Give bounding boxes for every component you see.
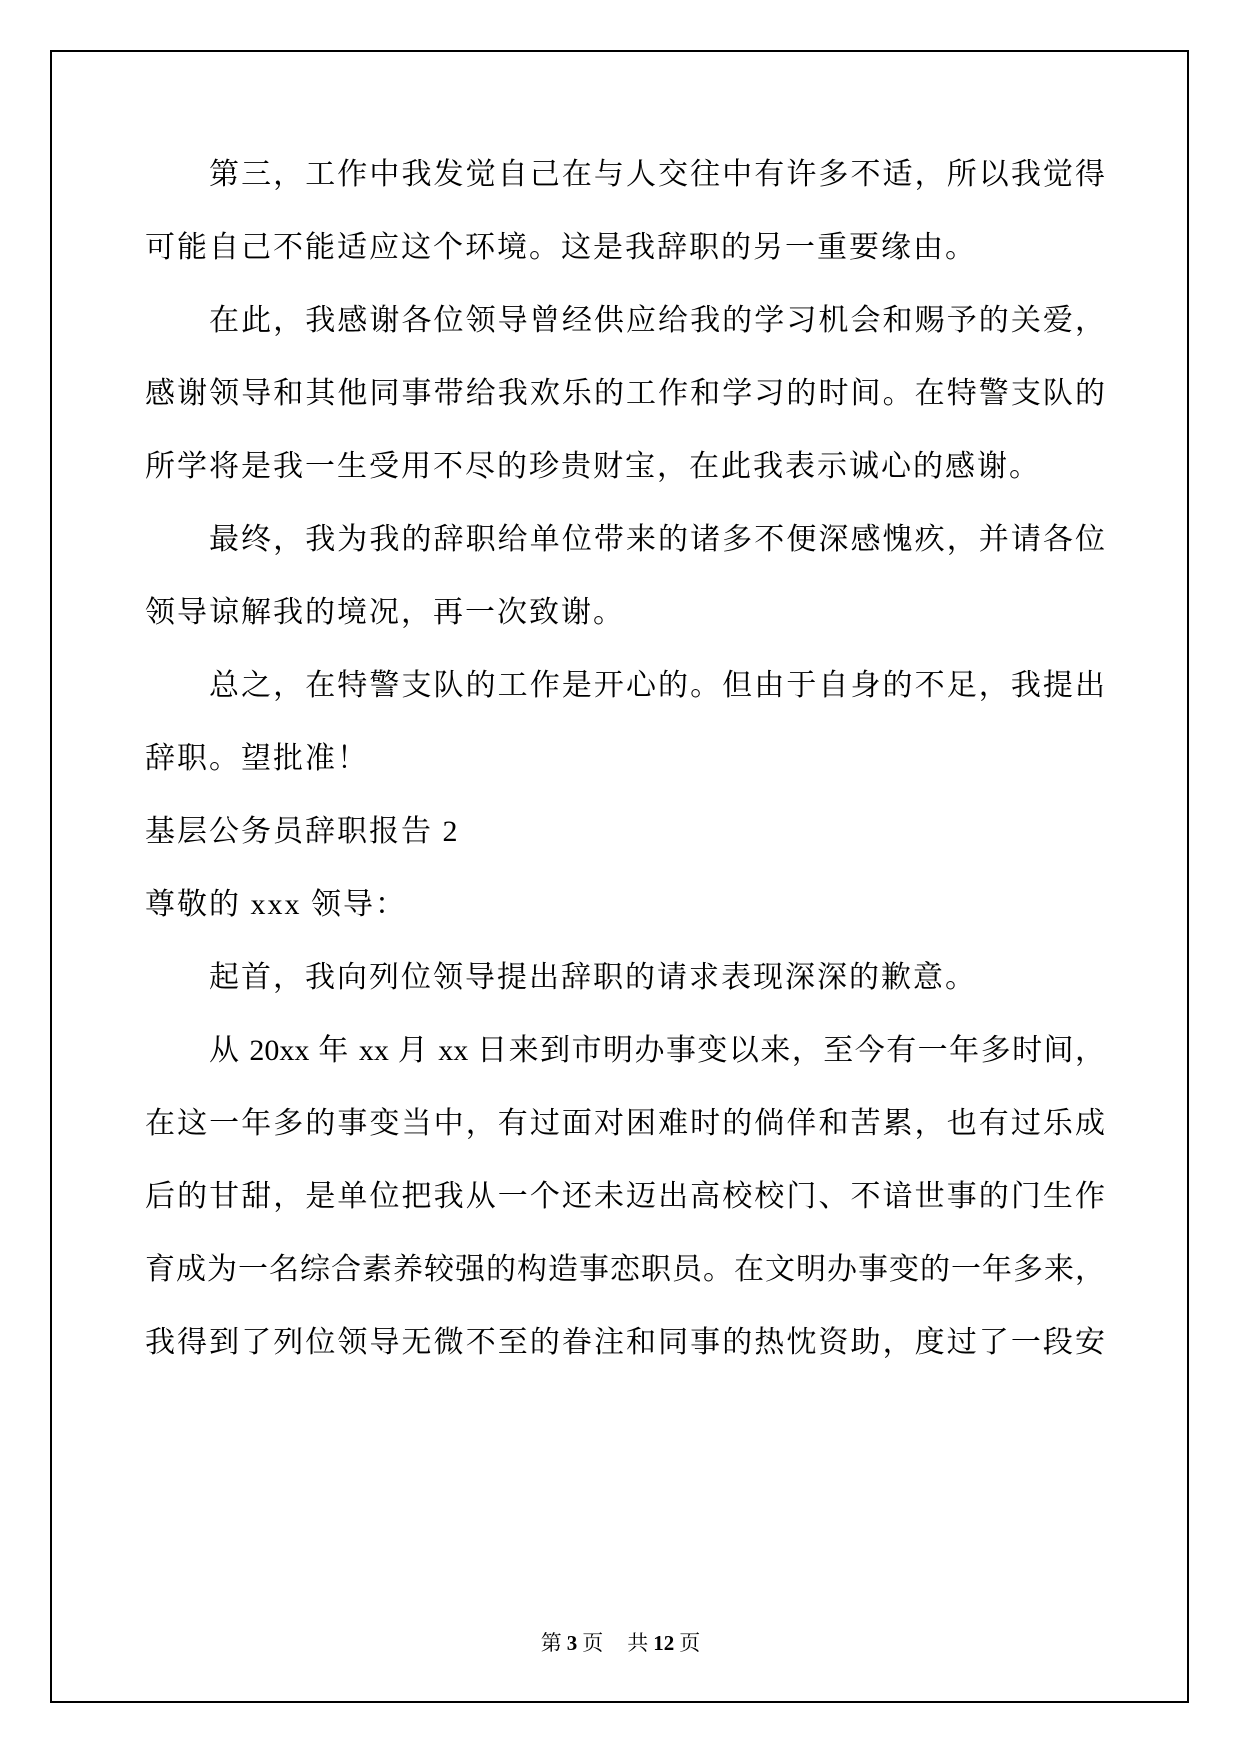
document-page: 第三，工作中我发觉自己在与人交往中有许多不适，所以我觉得可能自己不能适应这个环境…: [0, 0, 1241, 1754]
text-line: 最终，我为我的辞职给单位带来的诸多不便深感愧疚，并请各位: [145, 503, 1105, 576]
footer-total-label-suffix: 页: [679, 1631, 700, 1655]
footer-total-label-prefix: 共: [627, 1631, 648, 1655]
footer-page-label-suffix: 页: [582, 1631, 603, 1655]
text-line: 我得到了列位领导无微不至的眷注和同事的热忱资助，度过了一段安: [145, 1306, 1105, 1379]
text-line: 育成为一名综合素养较强的构造事恋职员。在文明办事变的一年多来，: [145, 1233, 1105, 1306]
text-line: 感谢领导和其他同事带给我欢乐的工作和学习的时间。在特警支队的: [145, 357, 1105, 430]
text-line: 起首，我向列位领导提出辞职的请求表现深深的歉意。: [145, 941, 1105, 1014]
document-body: 第三，工作中我发觉自己在与人交往中有许多不适，所以我觉得可能自己不能适应这个环境…: [145, 138, 1105, 1379]
text-line: 在这一年多的事变当中，有过面对困难时的倘佯和苦累，也有过乐成: [145, 1087, 1105, 1160]
text-line: 可能自己不能适应这个环境。这是我辞职的另一重要缘由。: [145, 211, 1105, 284]
section-title: 基层公务员辞职报告 2: [145, 795, 1105, 868]
text-line: 后的甘甜，是单位把我从一个还未迈出高校校门、不谙世事的门生作: [145, 1160, 1105, 1233]
text-line: 在此，我感谢各位领导曾经供应给我的学习机会和赐予的关爱，: [145, 284, 1105, 357]
text-line: 所学将是我一生受用不尽的珍贵财宝，在此我表示诚心的感谢。: [145, 430, 1105, 503]
footer-total-page-number: 12: [653, 1631, 674, 1655]
text-line: 第三，工作中我发觉自己在与人交往中有许多不适，所以我觉得: [145, 138, 1105, 211]
text-line: 总之，在特警支队的工作是开心的。但由于自身的不足，我提出: [145, 649, 1105, 722]
page-footer: 第3页共12页: [52, 1626, 1189, 1660]
footer-page-label-prefix: 第: [541, 1631, 562, 1655]
text-line: 从 20xx 年 xx 月 xx 日来到市明办事变以来，至今有一年多时间，: [145, 1014, 1105, 1087]
text-line: 辞职。望批准！: [145, 722, 1105, 795]
text-line: 领导谅解我的境况，再一次致谢。: [145, 576, 1105, 649]
salutation: 尊敬的 xxx 领导：: [145, 868, 1105, 941]
footer-current-page-number: 3: [567, 1631, 578, 1655]
